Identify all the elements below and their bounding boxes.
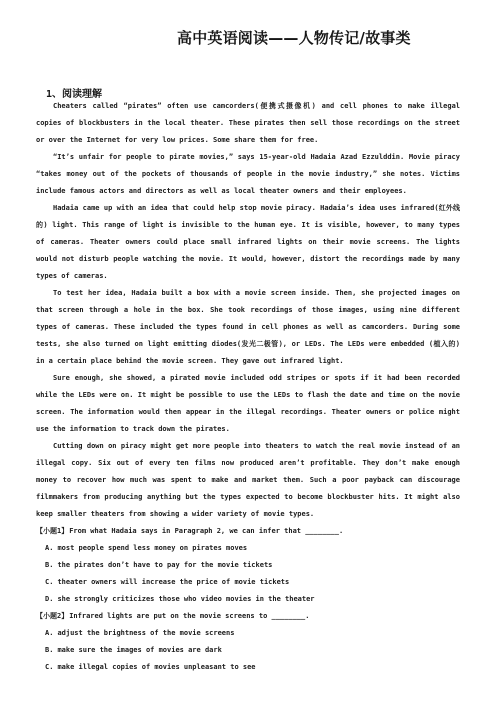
question-2-option-c: C.make illegal copies of movies unpleasa… — [36, 659, 460, 676]
question-1-option-c: C.theater owners will increase the price… — [36, 574, 460, 591]
question-1-label: 【小题1】 — [36, 527, 68, 535]
option-letter: B. — [45, 561, 53, 569]
page-title: 高中英语阅读——人物传记/故事类 — [177, 27, 411, 48]
document-page: 高中英语阅读——人物传记/故事类 1、阅读理解 Cheaters called … — [0, 0, 496, 702]
option-text: she strongly criticizes those who video … — [57, 595, 314, 603]
question-1-option-b: B.the pirates don’t have to pay for the … — [36, 557, 460, 574]
option-letter: B. — [45, 646, 53, 654]
question-1-option-d: D.she strongly criticizes those who vide… — [36, 591, 460, 608]
option-letter: C. — [45, 578, 53, 586]
question-2-option-a: A.adjust the brightness of the movie scr… — [36, 625, 460, 642]
question-2: 【小题2】Infrared lights are put on the movi… — [36, 608, 460, 676]
passage-paragraph: Hadaia came up with an idea that could h… — [36, 200, 460, 285]
reading-passage: Cheaters called “pirates” often use camc… — [36, 98, 460, 523]
option-letter: D. — [45, 595, 53, 603]
option-letter: C. — [45, 663, 53, 671]
option-text: make sure the images of movies are dark — [57, 646, 221, 654]
document-content: Cheaters called “pirates” often use camc… — [36, 98, 460, 676]
option-text: the pirates don’t have to pay for the mo… — [57, 561, 272, 569]
question-2-option-b: B.make sure the images of movies are dar… — [36, 642, 460, 659]
question-2-label: 【小题2】 — [36, 612, 68, 620]
option-text: adjust the brightness of the movie scree… — [57, 629, 234, 637]
question-2-text: Infrared lights are put on the movie scr… — [69, 612, 309, 620]
question-1-option-a: A.most people spend less money on pirate… — [36, 540, 460, 557]
option-text: theater owners will increase the price o… — [57, 578, 289, 586]
question-1-stem: 【小题1】From what Hadaia says in Paragraph … — [36, 523, 460, 540]
passage-paragraph: “It’s unfair for people to pirate movies… — [36, 149, 460, 200]
option-text: most people spend less money on pirates … — [57, 544, 247, 552]
question-1-text: From what Hadaia says in Paragraph 2, we… — [69, 527, 343, 535]
question-1: 【小题1】From what Hadaia says in Paragraph … — [36, 523, 460, 608]
question-2-stem: 【小题2】Infrared lights are put on the movi… — [36, 608, 460, 625]
passage-paragraph: To test her idea, Hadaia built a box wit… — [36, 285, 460, 370]
option-text: make illegal copies of movies unpleasant… — [57, 663, 255, 671]
passage-paragraph: Cutting down on piracy might get more pe… — [36, 438, 460, 523]
passage-paragraph: Sure enough, she showed, a pirated movie… — [36, 370, 460, 438]
passage-paragraph: Cheaters called “pirates” often use camc… — [36, 98, 460, 149]
option-letter: A. — [45, 544, 53, 552]
option-letter: A. — [45, 629, 53, 637]
